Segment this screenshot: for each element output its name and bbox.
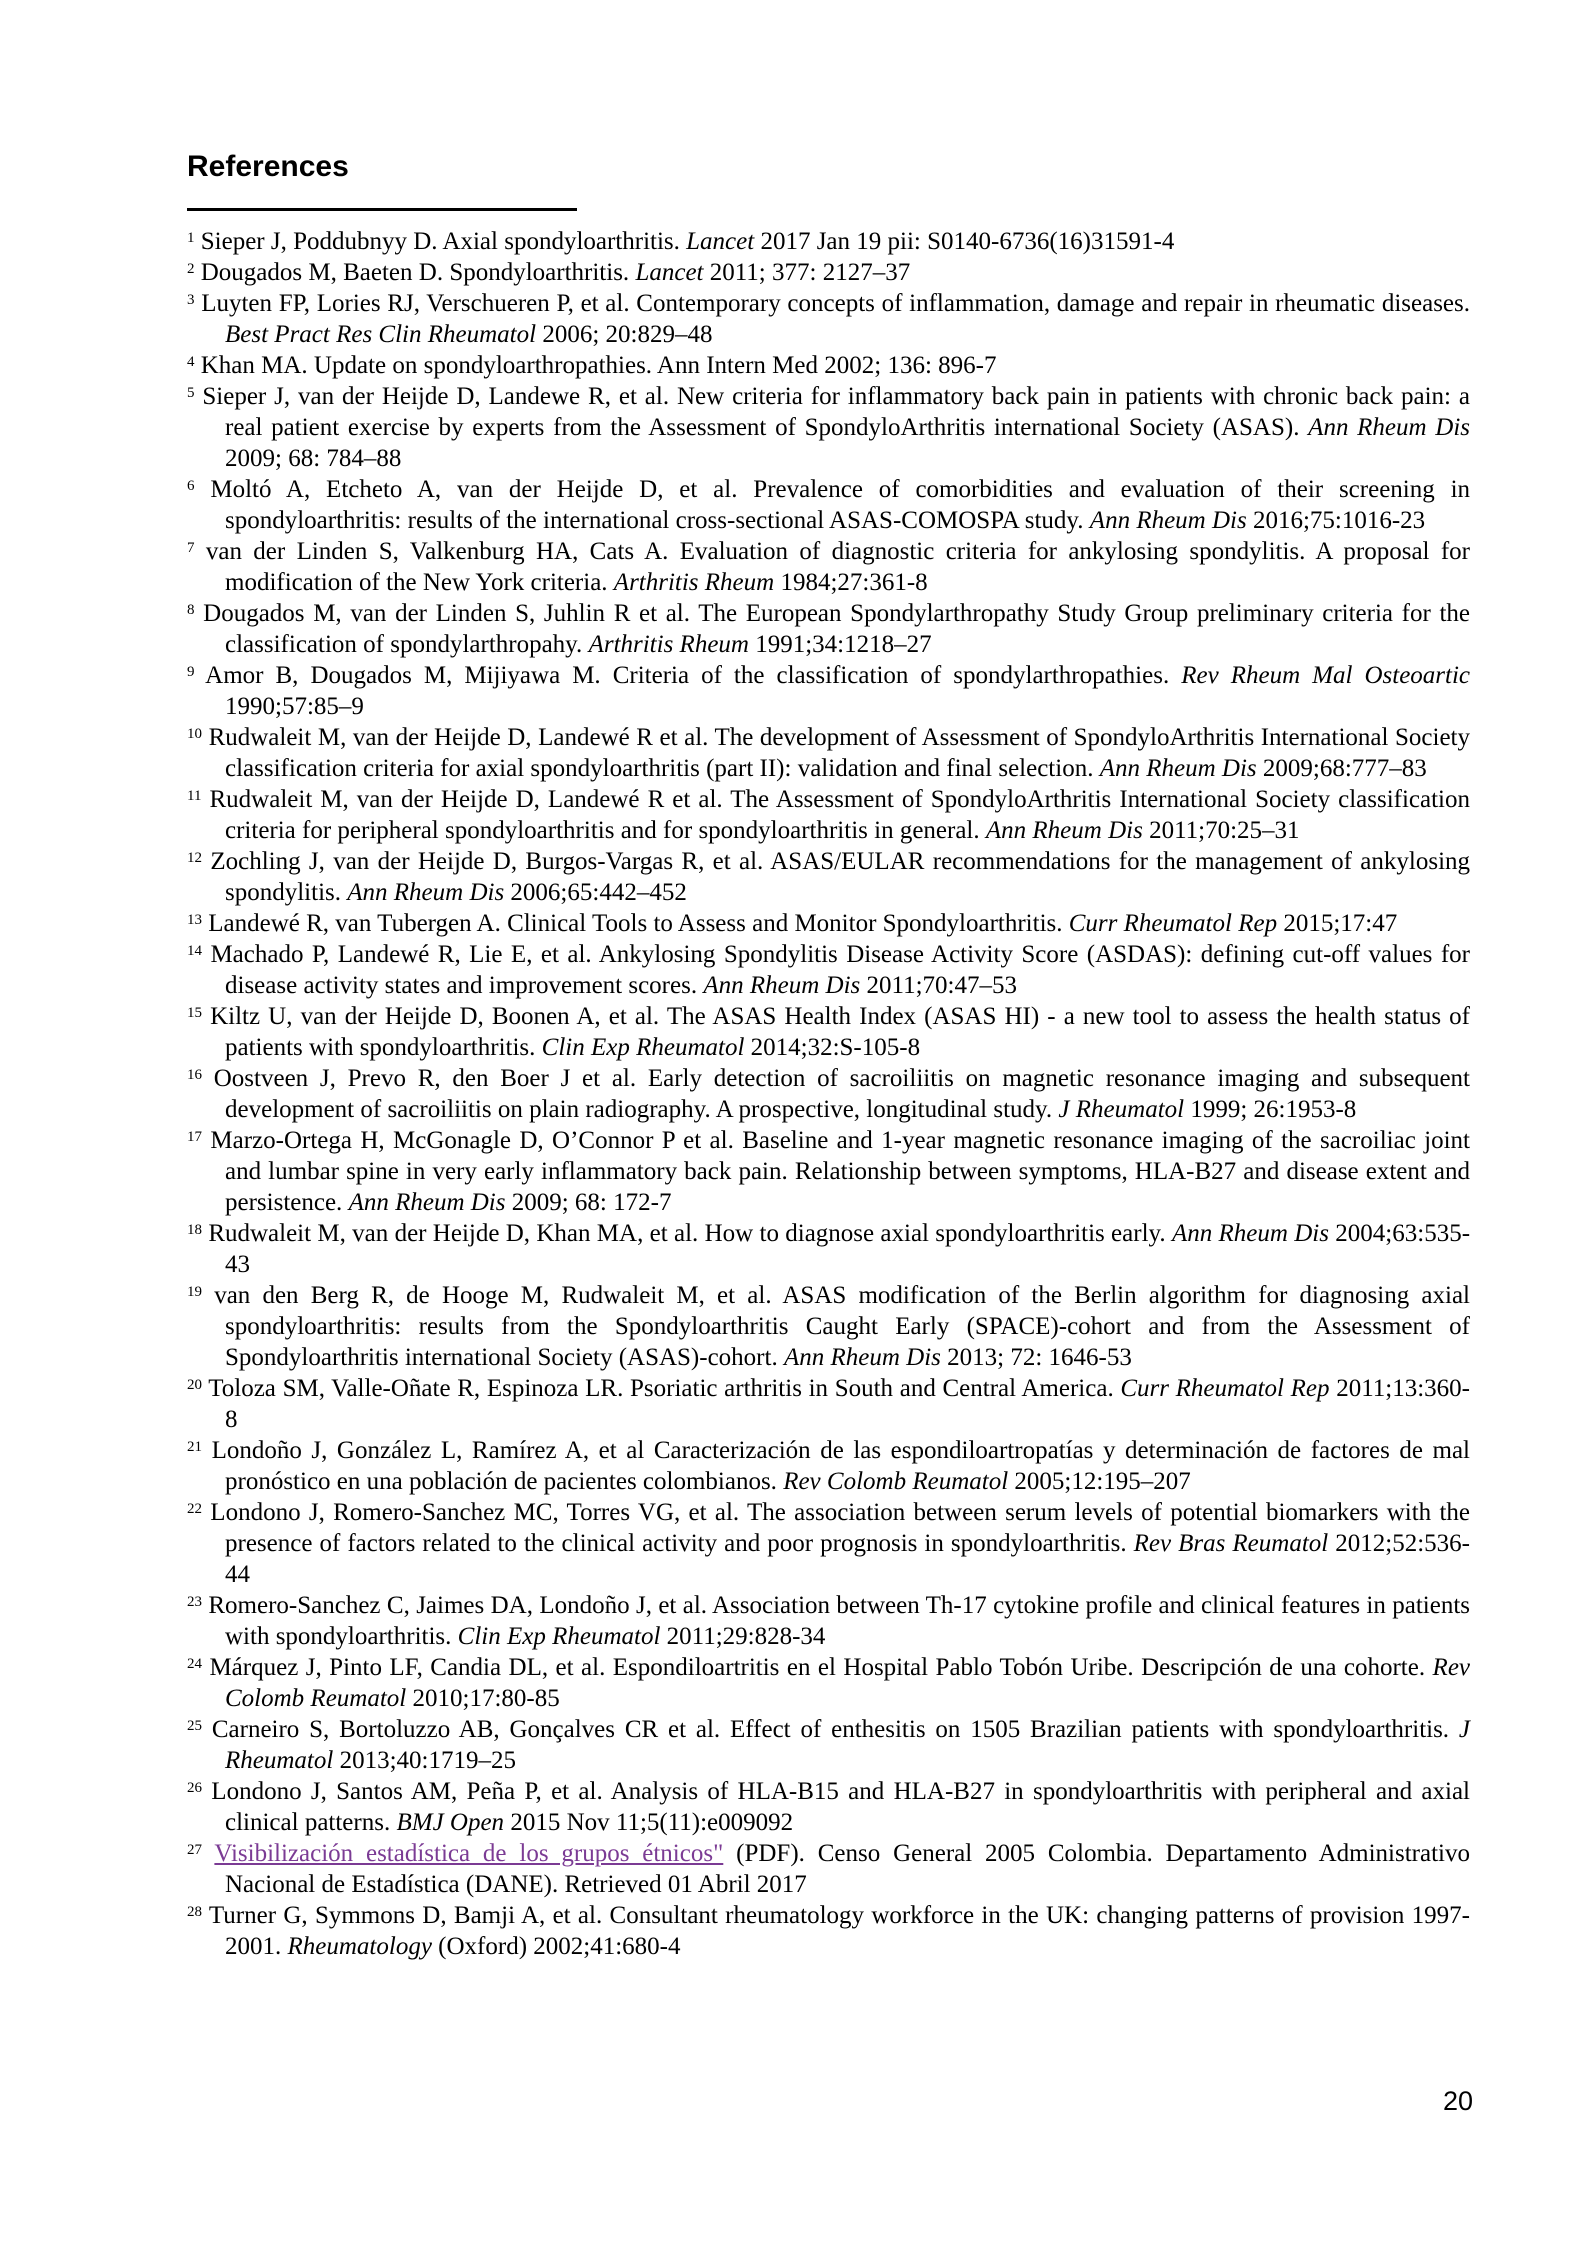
- reference-text: 2011;29:828-34: [660, 1623, 825, 1650]
- reference-text: Luyten FP, Lories RJ, Verschueren P, et …: [201, 290, 1470, 317]
- reference-item: 7 van der Linden S, Valkenburg HA, Cats …: [187, 536, 1470, 598]
- reference-text: Márquez J, Pinto LF, Candia DL, et al. E…: [209, 1654, 1432, 1681]
- reference-number: 25: [187, 1718, 202, 1734]
- reference-item: 4 Khan MA. Update on spondyloarthropathi…: [187, 350, 1470, 381]
- reference-text: 2006;65:442–452: [504, 879, 687, 906]
- reference-text: Toloza SM, Valle-Oñate R, Espinoza LR. P…: [208, 1375, 1120, 1402]
- references-list: 1 Sieper J, Poddubnyy D. Axial spondyloa…: [187, 226, 1470, 1962]
- reference-number: 2: [187, 261, 195, 277]
- reference-item: 2 Dougados M, Baeten D. Spondyloarthriti…: [187, 257, 1470, 288]
- reference-number: 21: [187, 1439, 202, 1455]
- reference-text: 2016;75:1016-23: [1247, 507, 1425, 534]
- reference-link[interactable]: Visibilización estadística de los grupos…: [214, 1840, 723, 1867]
- reference-item: 22 Londono J, Romero-Sanchez MC, Torres …: [187, 1497, 1470, 1590]
- reference-item: 25 Carneiro S, Bortoluzzo AB, Gonçalves …: [187, 1714, 1470, 1776]
- journal-name: Rev Colomb Reumatol: [783, 1468, 1008, 1495]
- page-title: References: [187, 150, 1470, 184]
- journal-name: BMJ Open: [396, 1809, 504, 1836]
- reference-number: 27: [187, 1842, 202, 1858]
- reference-number: 14: [187, 943, 202, 959]
- reference-item: 16 Oostveen J, Prevo R, den Boer J et al…: [187, 1063, 1470, 1125]
- reference-text: 2009; 68: 784–88: [225, 445, 401, 472]
- journal-name: Ann Rheum Dis: [349, 1189, 506, 1216]
- reference-text: Sieper J, Poddubnyy D. Axial spondyloart…: [201, 228, 686, 255]
- reference-item: 13 Landewé R, van Tubergen A. Clinical T…: [187, 908, 1470, 939]
- reference-item: 26 Londono J, Santos AM, Peña P, et al. …: [187, 1776, 1470, 1838]
- reference-item: 24 Márquez J, Pinto LF, Candia DL, et al…: [187, 1652, 1470, 1714]
- reference-number: 13: [187, 912, 202, 928]
- reference-number: 7: [187, 540, 195, 556]
- reference-number: 26: [187, 1780, 202, 1796]
- journal-name: Rev Bras Reumatol: [1134, 1530, 1329, 1557]
- reference-item: 28 Turner G, Symmons D, Bamji A, et al. …: [187, 1900, 1470, 1962]
- reference-number: 4: [187, 354, 195, 370]
- reference-number: 10: [187, 726, 202, 742]
- reference-text: 2009;68:777–83: [1257, 755, 1427, 782]
- reference-text: 2015 Nov 11;5(11):e009092: [504, 1809, 793, 1836]
- reference-item: 21 Londoño J, González L, Ramírez A, et …: [187, 1435, 1470, 1497]
- reference-text: 1990;57:85–9: [225, 693, 364, 720]
- document-page: References 1 Sieper J, Poddubnyy D. Axia…: [0, 0, 1593, 2250]
- reference-text: Sieper J, van der Heijde D, Landewe R, e…: [202, 383, 1470, 441]
- reference-number: 20: [187, 1377, 202, 1393]
- reference-item: 18 Rudwaleit M, van der Heijde D, Khan M…: [187, 1218, 1470, 1280]
- reference-text: 1999; 26:1953-8: [1184, 1096, 1356, 1123]
- journal-name: Ann Rheum Dis: [784, 1344, 941, 1371]
- reference-number: 22: [187, 1501, 202, 1517]
- journal-name: Rev Rheum Mal Osteoartic: [1181, 662, 1470, 689]
- reference-text: Romero-Sanchez C, Jaimes DA, Londoño J, …: [208, 1592, 1470, 1650]
- reference-number: 12: [187, 850, 202, 866]
- reference-item: 6 Moltó A, Etcheto A, van der Heijde D, …: [187, 474, 1470, 536]
- reference-text: 2014;32:S-105-8: [744, 1034, 920, 1061]
- reference-item: 10 Rudwaleit M, van der Heijde D, Landew…: [187, 722, 1470, 784]
- reference-text: 2011;70:25–31: [1143, 817, 1300, 844]
- journal-name: Ann Rheum Dis: [703, 972, 860, 999]
- journal-name: Ann Rheum Dis: [986, 817, 1143, 844]
- reference-text: 2011; 377: 2127–37: [703, 259, 910, 286]
- reference-text: Carneiro S, Bortoluzzo AB, Gonçalves CR …: [212, 1716, 1459, 1743]
- reference-number: 17: [187, 1129, 202, 1145]
- reference-number: 3: [187, 292, 195, 308]
- reference-number: 6: [187, 478, 195, 494]
- reference-text: 2017 Jan 19 pii: S0140-6736(16)31591-4: [754, 228, 1174, 255]
- journal-name: Arthritis Rheum: [614, 569, 774, 596]
- reference-item: 12 Zochling J, van der Heijde D, Burgos-…: [187, 846, 1470, 908]
- journal-name: J Rheumatol: [1058, 1096, 1184, 1123]
- reference-text: Khan MA. Update on spondyloarthropathies…: [201, 352, 997, 379]
- reference-item: 14 Machado P, Landewé R, Lie E, et al. A…: [187, 939, 1470, 1001]
- reference-number: 23: [187, 1594, 202, 1610]
- journal-name: Curr Rheumatol Rep: [1069, 910, 1277, 937]
- reference-number: 28: [187, 1904, 202, 1920]
- reference-text: 1991;34:1218–27: [749, 631, 932, 658]
- reference-number: 16: [187, 1067, 202, 1083]
- page-number: 20: [1443, 2086, 1473, 2117]
- reference-text: 2015;17:47: [1277, 910, 1397, 937]
- journal-name: Curr Rheumatol Rep: [1120, 1375, 1329, 1402]
- reference-number: 24: [187, 1656, 202, 1672]
- journal-name: Lancet: [686, 228, 754, 255]
- journal-name: Clin Exp Rheumatol: [542, 1034, 745, 1061]
- reference-text: Amor B, Dougados M, Mijiyawa M. Criteria…: [205, 662, 1181, 689]
- reference-number: 8: [187, 602, 195, 618]
- journal-name: Ann Rheum Dis: [1172, 1220, 1329, 1247]
- reference-text: 1984;27:361-8: [774, 569, 927, 596]
- reference-number: 9: [187, 664, 195, 680]
- journal-name: Best Pract Res Clin Rheumatol: [225, 321, 536, 348]
- journal-name: Arthritis Rheum: [589, 631, 749, 658]
- reference-number: 18: [187, 1222, 202, 1238]
- reference-text: 2009; 68: 172-7: [505, 1189, 671, 1216]
- journal-name: Rheumatology: [288, 1933, 432, 1960]
- reference-item: 23 Romero-Sanchez C, Jaimes DA, Londoño …: [187, 1590, 1470, 1652]
- journal-name: Ann Rheum Dis: [347, 879, 504, 906]
- journal-name: Clin Exp Rheumatol: [458, 1623, 661, 1650]
- reference-number: 5: [187, 385, 195, 401]
- reference-number: 19: [187, 1284, 202, 1300]
- journal-name: Ann Rheum Dis: [1090, 507, 1247, 534]
- reference-item: 19 van den Berg R, de Hooge M, Rudwaleit…: [187, 1280, 1470, 1373]
- reference-text: 2010;17:80-85: [406, 1685, 559, 1712]
- reference-item: 1 Sieper J, Poddubnyy D. Axial spondyloa…: [187, 226, 1470, 257]
- journal-name: Ann Rheum Dis: [1308, 414, 1470, 441]
- reference-item: 20 Toloza SM, Valle-Oñate R, Espinoza LR…: [187, 1373, 1470, 1435]
- journal-name: Ann Rheum Dis: [1100, 755, 1257, 782]
- reference-text: 2005;12:195–207: [1008, 1468, 1191, 1495]
- reference-number: 1: [187, 230, 195, 246]
- page-content: References 1 Sieper J, Poddubnyy D. Axia…: [187, 150, 1470, 1962]
- reference-text: 2013; 72: 1646-53: [941, 1344, 1132, 1371]
- reference-item: 8 Dougados M, van der Linden S, Juhlin R…: [187, 598, 1470, 660]
- reference-number: 15: [187, 1005, 202, 1021]
- reference-item: 11 Rudwaleit M, van der Heijde D, Landew…: [187, 784, 1470, 846]
- reference-text: Rudwaleit M, van der Heijde D, Khan MA, …: [208, 1220, 1172, 1247]
- reference-text: Landewé R, van Tubergen A. Clinical Tool…: [208, 910, 1069, 937]
- reference-text: 2006; 20:829–48: [536, 321, 712, 348]
- reference-number: 11: [187, 788, 201, 804]
- journal-name: Lancet: [635, 259, 703, 286]
- reference-text: Dougados M, Baeten D. Spondyloarthritis.: [201, 259, 636, 286]
- reference-item: 9 Amor B, Dougados M, Mijiyawa M. Criter…: [187, 660, 1470, 722]
- reference-text: 2013;40:1719–25: [333, 1747, 516, 1774]
- reference-item: 15 Kiltz U, van der Heijde D, Boonen A, …: [187, 1001, 1470, 1063]
- heading-underline: [187, 208, 577, 211]
- reference-item: 5 Sieper J, van der Heijde D, Landewe R,…: [187, 381, 1470, 474]
- reference-text: (Oxford) 2002;41:680-4: [432, 1933, 681, 1960]
- reference-item: 3 Luyten FP, Lories RJ, Verschueren P, e…: [187, 288, 1470, 350]
- reference-text: 2011;70:47–53: [860, 972, 1017, 999]
- reference-item: 17 Marzo-Ortega H, McGonagle D, O’Connor…: [187, 1125, 1470, 1218]
- reference-item: 27 Visibilización estadística de los gru…: [187, 1838, 1470, 1900]
